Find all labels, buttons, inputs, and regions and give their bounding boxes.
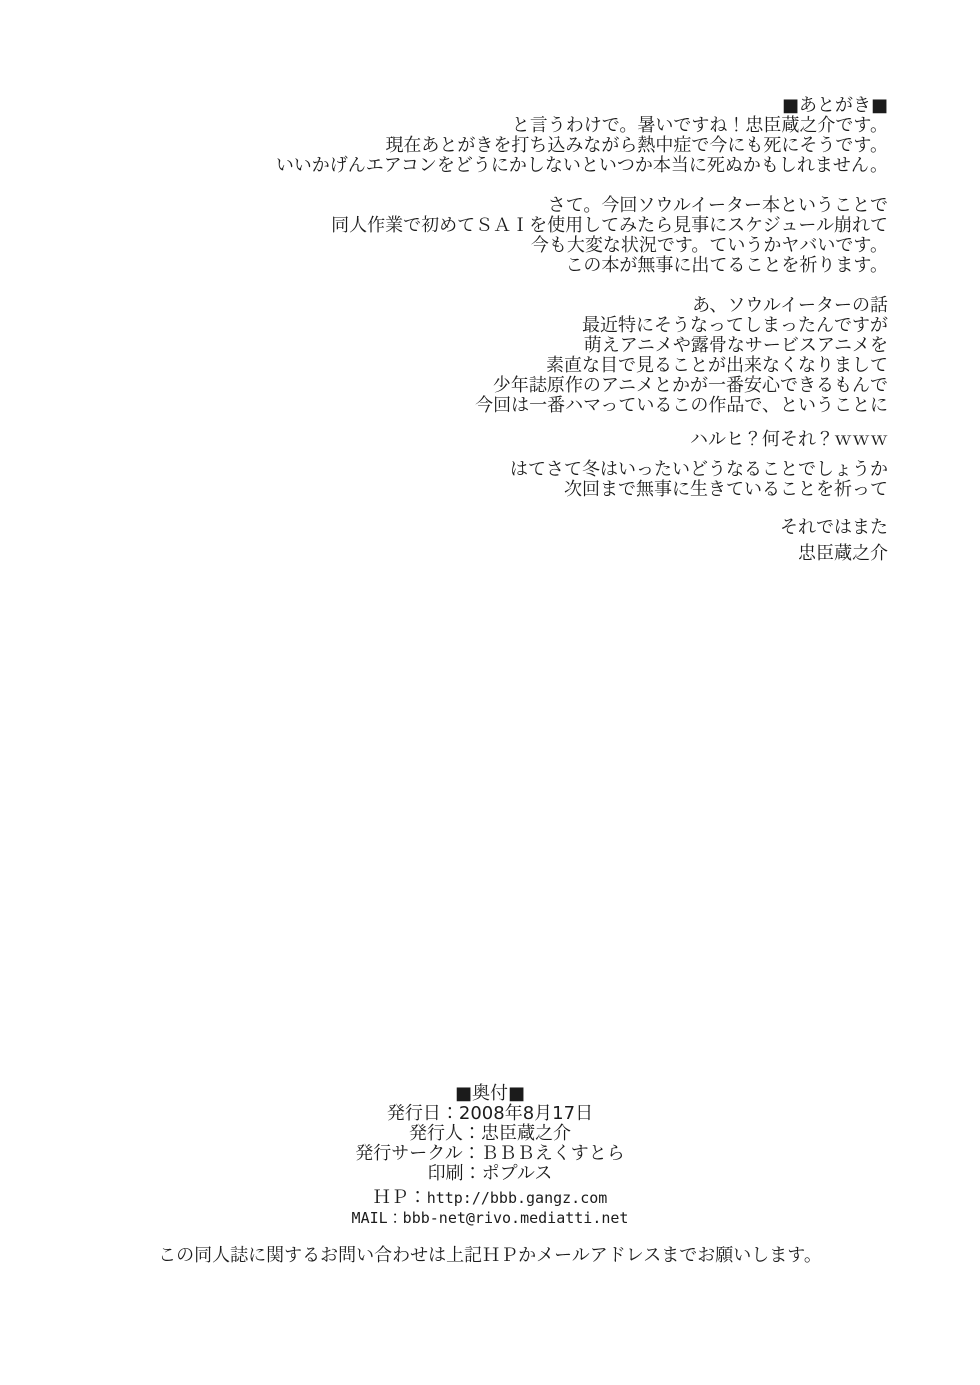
afterword-line: ハルヒ？何それ？ｗｗｗ [20, 430, 888, 450]
afterword-line: 今も大変な状況です。ていうかヤバいです。 [20, 236, 888, 256]
afterword-paragraph-sai: さて。今回ソウルイーター本ということで 同人作業で初めてＳＡＩを使用してみたら見… [20, 196, 888, 276]
afterword-signature: 忠臣蔵之介 [20, 544, 888, 564]
afterword-line: 最近特にそうなってしまったんですが [20, 316, 888, 336]
afterword-line: 現在あとがきを打ち込みながら熱中症で今にも死にそうです。 [20, 136, 888, 156]
colophon-publish-date: 発行日：2008年8月17日 [0, 1104, 980, 1124]
afterword-line: それではまた [20, 518, 888, 538]
colophon-circle: 発行サークル：ＢＢＢえくすとら [0, 1144, 980, 1164]
hp-line: ＨＰ：http://bbb.gangz.com [0, 1188, 980, 1208]
colophon-printer: 印刷：ポプルス [0, 1164, 980, 1184]
afterword-heading: ■あとがき■ [20, 96, 888, 116]
colophon-section: ■奥付■ 発行日：2008年8月17日 発行人：忠臣蔵之介 発行サークル：ＢＢＢ… [0, 1084, 980, 1266]
afterword-line: はてさて冬はいったいどうなることでしょうか [20, 460, 888, 480]
afterword-line: さて。今回ソウルイーター本ということで [20, 196, 888, 216]
author-name: 忠臣蔵之介 [20, 544, 888, 564]
afterword-paragraph-haruhi: ハルヒ？何それ？ｗｗｗ [20, 430, 888, 450]
afterword-section: ■あとがき■ と言うわけで。暑いですね！忠臣蔵之介です。 現在あとがきを打ち込み… [20, 96, 888, 564]
afterword-paragraph-souleater: あ、ソウルイーターの話 最近特にそうなってしまったんですが 萌えアニメや露骨なサ… [20, 296, 888, 416]
contact-note: この同人誌に関するお問い合わせは上記ＨＰかメールアドレスまでお願いします。 [0, 1246, 980, 1266]
mail-address: bbb-net@rivo.mediatti.net [403, 1209, 629, 1227]
mail-line: MAIL：bbb-net@rivo.mediatti.net [0, 1208, 980, 1228]
afterword-line: 今回は一番ハマっているこの作品で、ということに [20, 396, 888, 416]
afterword-line: 同人作業で初めてＳＡＩを使用してみたら見事にスケジュール崩れて [20, 216, 888, 236]
afterword-closing: それではまた [20, 518, 888, 538]
hp-url: http://bbb.gangz.com [427, 1189, 608, 1207]
colophon-heading: ■奥付■ [0, 1084, 980, 1104]
contact-links: ＨＰ：http://bbb.gangz.com MAIL：bbb-net@riv… [0, 1188, 980, 1228]
afterword-line: 素直な目で見ることが出来なくなりまして [20, 356, 888, 376]
colophon-publisher: 発行人：忠臣蔵之介 [0, 1124, 980, 1144]
afterword-line: いいかげんエアコンをどうにかしないといつか本当に死ぬかもしれません。 [20, 156, 888, 176]
afterword-line: あ、ソウルイーターの話 [20, 296, 888, 316]
hp-label: ＨＰ： [373, 1187, 427, 1208]
scanned-page: { "colors": { "background": "#ffffff", "… [0, 0, 980, 1385]
afterword-line: と言うわけで。暑いですね！忠臣蔵之介です。 [20, 116, 888, 136]
mail-label: MAIL： [352, 1209, 403, 1227]
afterword-line: この本が無事に出てることを祈ります。 [20, 256, 888, 276]
afterword-paragraph-intro: と言うわけで。暑いですね！忠臣蔵之介です。 現在あとがきを打ち込みながら熱中症で… [20, 116, 888, 176]
afterword-line: 次回まで無事に生きていることを祈って [20, 480, 888, 500]
afterword-paragraph-winter: はてさて冬はいったいどうなることでしょうか 次回まで無事に生きていることを祈って [20, 460, 888, 500]
afterword-line: 萌えアニメや露骨なサービスアニメを [20, 336, 888, 356]
afterword-line: 少年誌原作のアニメとかが一番安心できるもんで [20, 376, 888, 396]
